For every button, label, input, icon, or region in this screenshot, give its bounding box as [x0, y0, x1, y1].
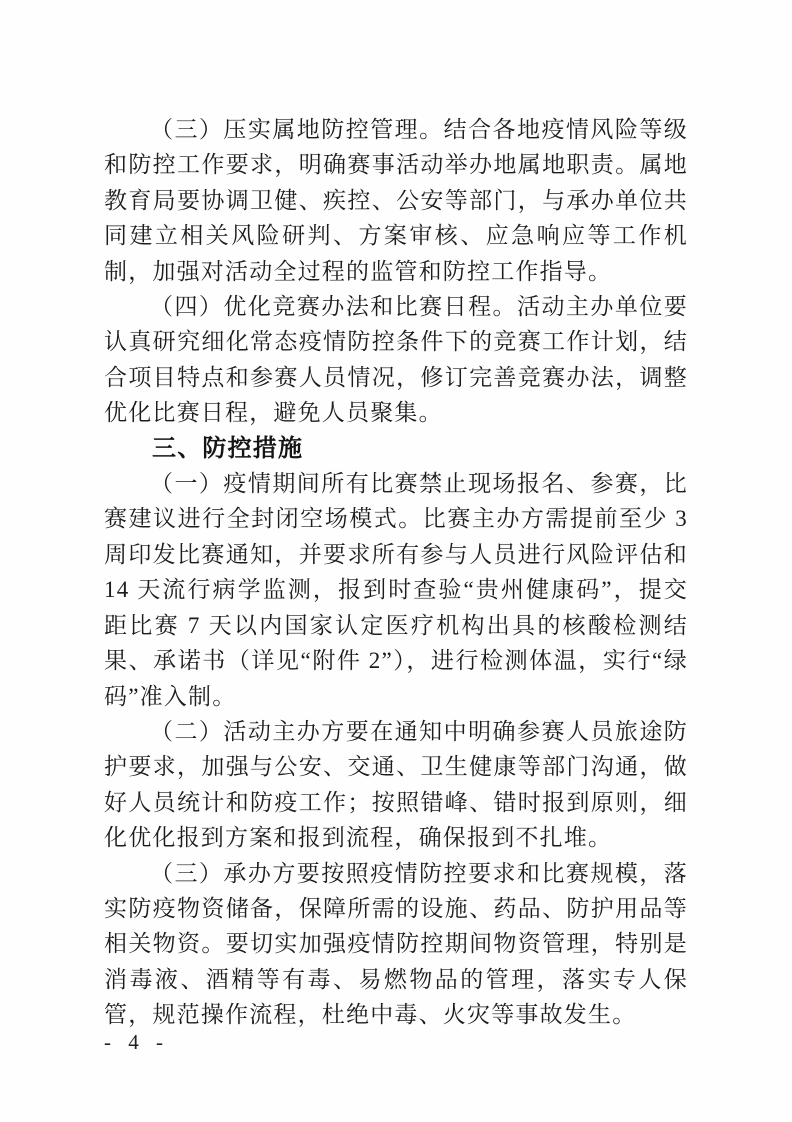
- document-text-block: （三）压实属地防控管理。结合各地疫情风险等级和防控工作要求，明确赛事活动举办地属…: [104, 112, 688, 1033]
- paragraph-sec3-item1: （一）疫情期间所有比赛禁止现场报名、参赛，比赛建议进行全封闭空场模式。比赛主办方…: [104, 466, 688, 714]
- paragraph-sec2-item4: （四）优化竞赛办法和比赛日程。活动主办单位要认真研究细化常态疫情防控条件下的竞赛…: [104, 289, 688, 431]
- page-number: - 4 -: [104, 1030, 169, 1055]
- paragraph-sec2-item3: （三）压实属地防控管理。结合各地疫情风险等级和防控工作要求，明确赛事活动举办地属…: [104, 112, 688, 289]
- section-heading-prevention-measures: 三、防控措施: [104, 431, 688, 466]
- paragraph-sec3-item3: （三）承办方要按照疫情防控要求和比赛规模，落实防疫物资储备，保障所需的设施、药品…: [104, 856, 688, 1033]
- document-page: （三）压实属地防控管理。结合各地疫情风险等级和防控工作要求，明确赛事活动举办地属…: [0, 0, 792, 1122]
- paragraph-sec3-item2: （二）活动主办方要在通知中明确参赛人员旅途防护要求，加强与公安、交通、卫生健康等…: [104, 714, 688, 856]
